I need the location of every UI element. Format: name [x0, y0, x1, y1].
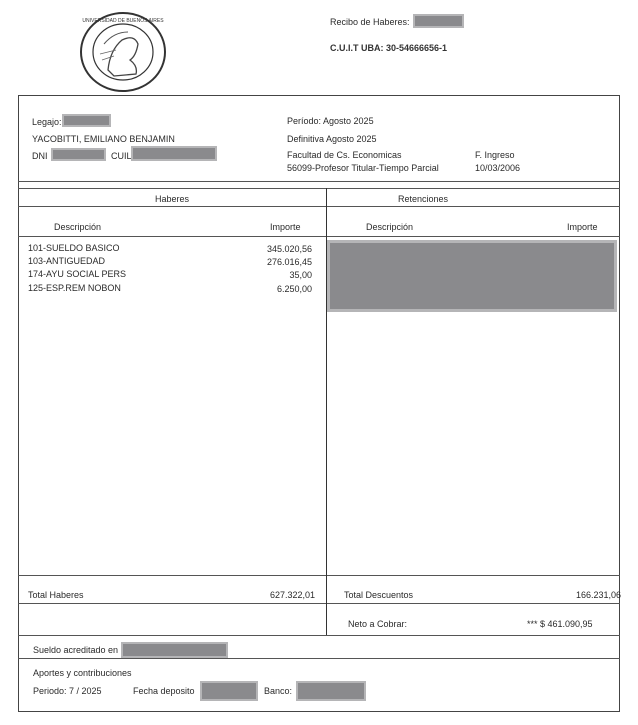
divider — [18, 206, 620, 207]
haberes-row-desc: 125-ESP.REM NOBON — [28, 283, 121, 293]
cuil-label: CUIL — [111, 151, 132, 161]
legajo-redacted — [62, 114, 111, 127]
retenciones-col-importe: Importe — [567, 222, 598, 232]
divider — [18, 181, 620, 182]
total-descuentos-value: 166.231,06 — [576, 590, 621, 600]
cuil-redacted — [131, 146, 217, 161]
haberes-title: Haberes — [18, 194, 326, 204]
acreditado-label: Sueldo acreditado en — [33, 645, 118, 655]
recibo-number-redacted — [413, 14, 464, 28]
retenciones-col-desc: Descripción — [366, 222, 413, 232]
legajo-label: Legajo: — [32, 117, 62, 127]
cuit-label: C.U.I.T UBA: 30-54666656-1 — [330, 43, 447, 53]
haberes-row-importe: 276.016,45 — [220, 257, 312, 267]
divider — [18, 658, 620, 659]
divider — [18, 575, 620, 576]
facultad-text: Facultad de Cs. Economicas — [287, 150, 402, 160]
haberes-row-desc: 103-ANTIGUEDAD — [28, 256, 105, 266]
haberes-row-importe: 6.250,00 — [220, 284, 312, 294]
haberes-col-desc: Descripción — [54, 222, 101, 232]
divider — [18, 635, 620, 636]
svg-text:UNIVERSIDAD DE BUENOS AIRES: UNIVERSIDAD DE BUENOS AIRES — [82, 18, 164, 24]
retenciones-title: Retenciones — [326, 194, 520, 204]
banco-label: Banco: — [264, 686, 292, 696]
recibo-label: Recibo de Haberes: — [330, 17, 410, 27]
dni-label: DNI — [32, 151, 48, 161]
haberes-row-importe: 345.020,56 — [220, 244, 312, 254]
haberes-row-importe: 35,00 — [220, 270, 312, 280]
total-descuentos-label: Total Descuentos — [344, 590, 413, 600]
neto-label: Neto a Cobrar: — [348, 619, 407, 629]
aportes-label: Aportes y contribuciones — [33, 668, 132, 678]
definitiva-text: Definitiva Agosto 2025 — [287, 134, 377, 144]
total-haberes-value: 627.322,01 — [220, 590, 315, 600]
employee-name: YACOBITTI, EMILIANO BENJAMIN — [32, 134, 175, 144]
total-haberes-label: Total Haberes — [28, 590, 84, 600]
haberes-col-importe: Importe — [270, 222, 301, 232]
fecha-deposito-label: Fecha deposito — [133, 686, 195, 696]
fecha-deposito-redacted — [200, 681, 258, 701]
ingreso-date: 10/03/2006 — [475, 163, 520, 173]
haberes-row-desc: 174-AYU SOCIAL PERS — [28, 269, 126, 279]
retenciones-redacted — [327, 240, 617, 312]
aportes-periodo: Periodo: 7 / 2025 — [33, 686, 102, 696]
ingreso-label: F. Ingreso — [475, 150, 515, 160]
university-seal-logo: UNIVERSIDAD DE BUENOS AIRES — [78, 10, 168, 94]
divider — [18, 603, 620, 604]
divider — [18, 188, 620, 189]
acreditado-redacted — [121, 642, 228, 658]
banco-redacted — [296, 681, 366, 701]
divider — [18, 236, 620, 237]
cargo-text: 56099-Profesor Titular-Tiempo Parcial — [287, 163, 439, 173]
periodo-text: Período: Agosto 2025 — [287, 116, 374, 126]
neto-value: *** $ 461.090,95 — [527, 619, 593, 629]
haberes-row-desc: 101-SUELDO BASICO — [28, 243, 120, 253]
dni-redacted — [51, 148, 106, 161]
